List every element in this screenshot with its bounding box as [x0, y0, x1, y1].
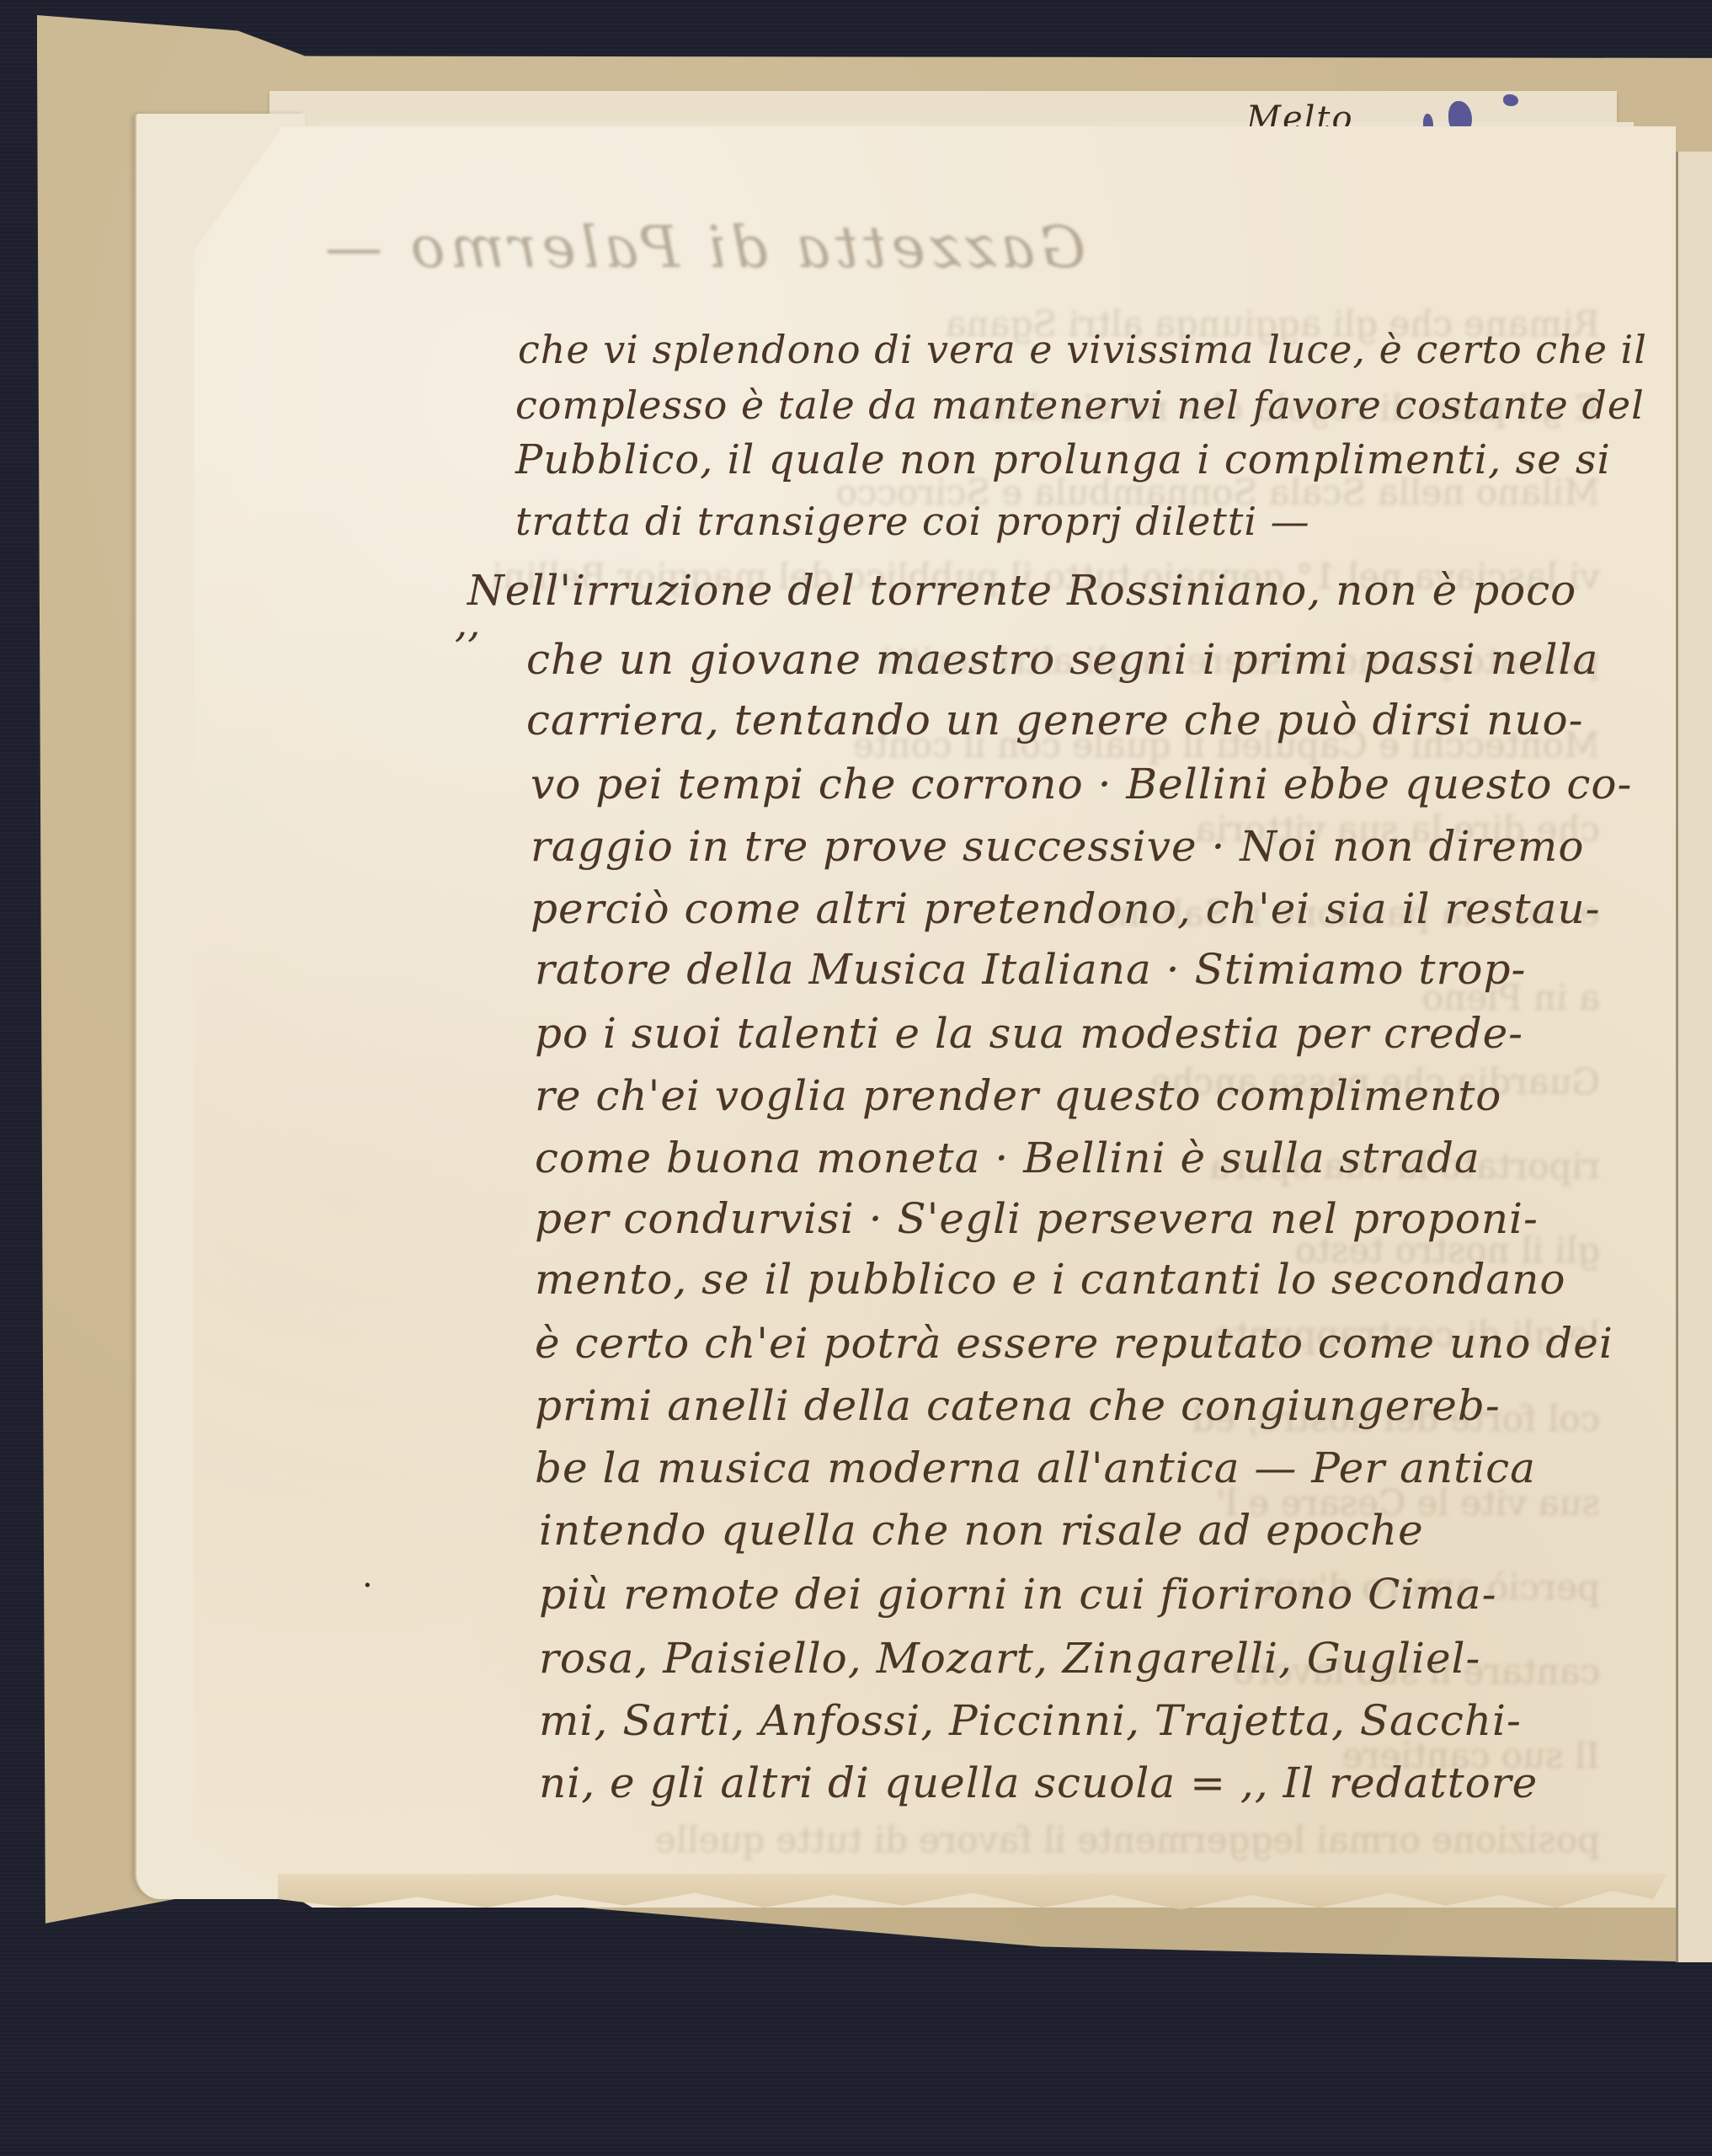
manuscript-line: come buona moneta · Bellini è sulla stra… — [535, 1137, 1480, 1179]
manuscript-line: primi anelli della catena che congiunger… — [535, 1385, 1501, 1427]
manuscript-line: che un giovane maestro segni i primi pas… — [526, 638, 1598, 680]
manuscript-text: ,, che vi splendono di vera e vivissima … — [0, 0, 1712, 2156]
manuscript-line: be la musica moderna all'antica — Per an… — [535, 1447, 1536, 1489]
manuscript-line: rosa, Paisiello, Mozart, Zingarelli, Gug… — [539, 1637, 1480, 1679]
manuscript-line: ni, e gli altri di quella scuola = ,, Il… — [539, 1762, 1538, 1804]
manuscript-line: raggio in tre prove successive · Noi non… — [531, 825, 1584, 867]
manuscript-line: ratore della Musica Italiana · Stimiamo … — [535, 948, 1526, 990]
manuscript-line: mi, Sarti, Anfossi, Piccinni, Trajetta, … — [539, 1700, 1522, 1742]
manuscript-line: po i suoi talenti e la sua modestia per … — [535, 1012, 1523, 1054]
manuscript-line: Nell'irruzione del torrente Rossiniano, … — [467, 569, 1576, 611]
stray-ink-dot: · — [362, 1566, 373, 1605]
manuscript-line: che vi splendono di vera e vivissima luc… — [518, 330, 1647, 369]
manuscript-line: complesso è tale da mantenervi nel favor… — [515, 386, 1645, 424]
manuscript-line: è certo ch'ei potrà essere reputato come… — [535, 1322, 1613, 1364]
manuscript-line: re ch'ei voglia prender questo complimen… — [535, 1075, 1501, 1117]
manuscript-line: mento, se il pubblico e i cantanti lo se… — [535, 1258, 1566, 1300]
manuscript-line: carriera, tentando un genere che può dir… — [526, 699, 1584, 741]
manuscript-line: più remote dei giorni in cui fiorirono C… — [539, 1573, 1496, 1615]
manuscript-line: vo pei tempi che corrono · Bellini ebbe … — [531, 763, 1632, 805]
manuscript-line: Pubblico, il quale non prolunga i compli… — [515, 440, 1611, 480]
manuscript-line: intendo quella che non risale ad epoche — [539, 1509, 1424, 1551]
manuscript-line: perciò come altri pretendono, ch'ei sia … — [531, 888, 1601, 930]
manuscript-line: tratta di transigere coi proprj diletti … — [515, 502, 1310, 541]
manuscript-line: per condurvisi · S'egli persevera nel pr… — [535, 1198, 1539, 1240]
